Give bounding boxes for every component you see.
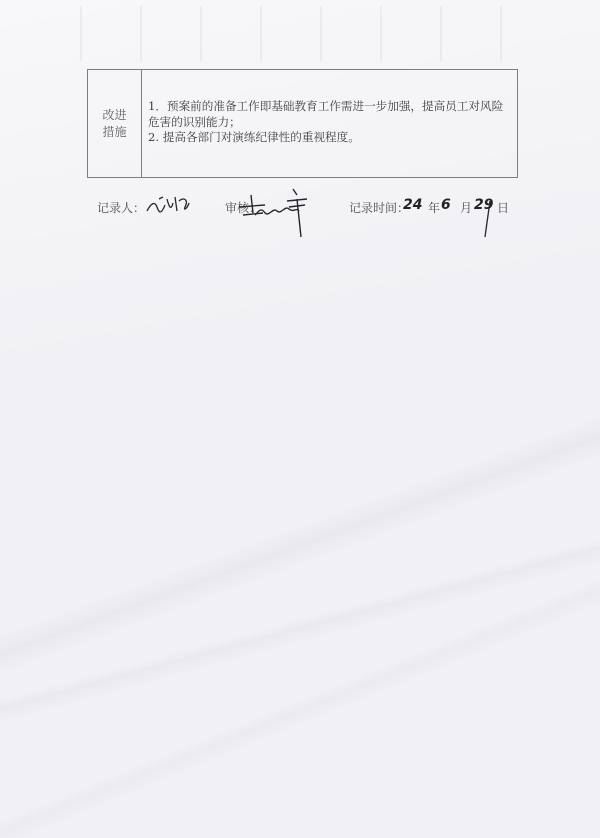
improvement-measures-table: 改进 措施 1．预案前的准备工作即基础教育工作需进一步加强，提高员工对风险危害的…: [87, 69, 518, 178]
label-line-1: 改进: [102, 107, 128, 124]
year-value: 24: [403, 197, 422, 213]
measures-content-cell: 1．预案前的准备工作即基础教育工作需进一步加强，提高员工对风险危害的识别能力； …: [142, 70, 517, 177]
month-value: 6: [441, 197, 451, 213]
recorder-label: 记录人：: [97, 199, 145, 216]
measure-item-1: 1．预案前的准备工作即基础教育工作需进一步加强，提高员工对风险危害的识别能力；: [148, 99, 511, 130]
record-footer: 记录人： 审核： 记录时间： 24 年 6 月 29 日: [97, 193, 527, 243]
label-line-2: 措施: [102, 124, 128, 141]
day-stroke: [483, 197, 493, 239]
bleed-through-marks: [60, 6, 560, 61]
day-label: 日: [497, 199, 509, 216]
year-label: 年: [428, 199, 440, 216]
month-label: 月: [460, 199, 472, 216]
reviewer-signature: [237, 185, 317, 239]
measures-label-cell: 改进 措施: [88, 70, 142, 177]
measure-item-2: 2. 提高各部门对演练纪律性的重视程度。: [148, 130, 511, 146]
recorder-signature: [145, 193, 195, 217]
record-time-label: 记录时间：: [349, 199, 409, 216]
